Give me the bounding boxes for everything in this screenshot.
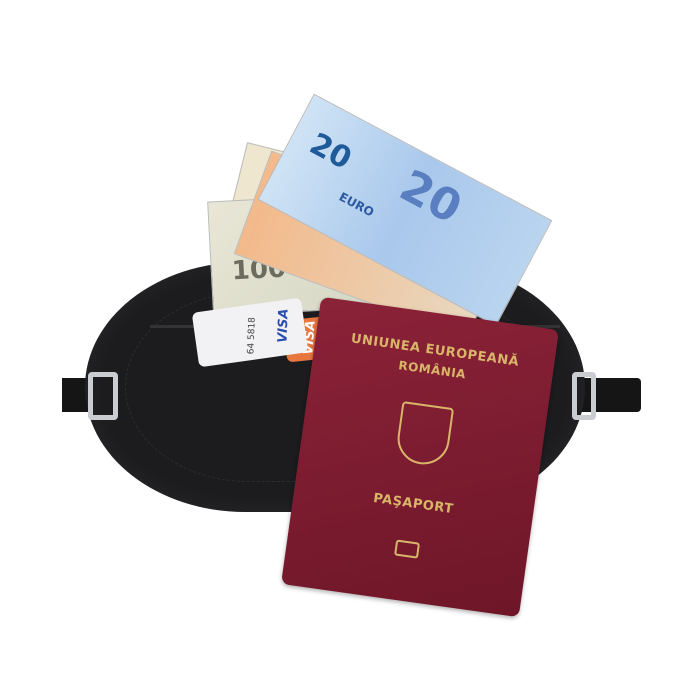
coat-of-arms-icon [394, 401, 454, 468]
buckle-right [572, 372, 596, 420]
euro20-denomination-large: 20 [392, 160, 470, 234]
passport-title: PAŞAPORT [294, 480, 534, 528]
euro-label: EURO [337, 190, 377, 220]
buckle-left [88, 372, 118, 420]
visa-logo: VISA [275, 308, 291, 343]
card-number: 64 5818 [246, 317, 257, 355]
biometric-chip-icon [394, 540, 420, 559]
passport: UNIUNEA EUROPEANĂ ROMÂNIA PAŞAPORT [281, 297, 559, 618]
euro20-denomination: 20 [304, 126, 357, 177]
product-photo: 100 50 20 20 EURO VISA VISA 64 5818 UNIU… [0, 0, 700, 700]
